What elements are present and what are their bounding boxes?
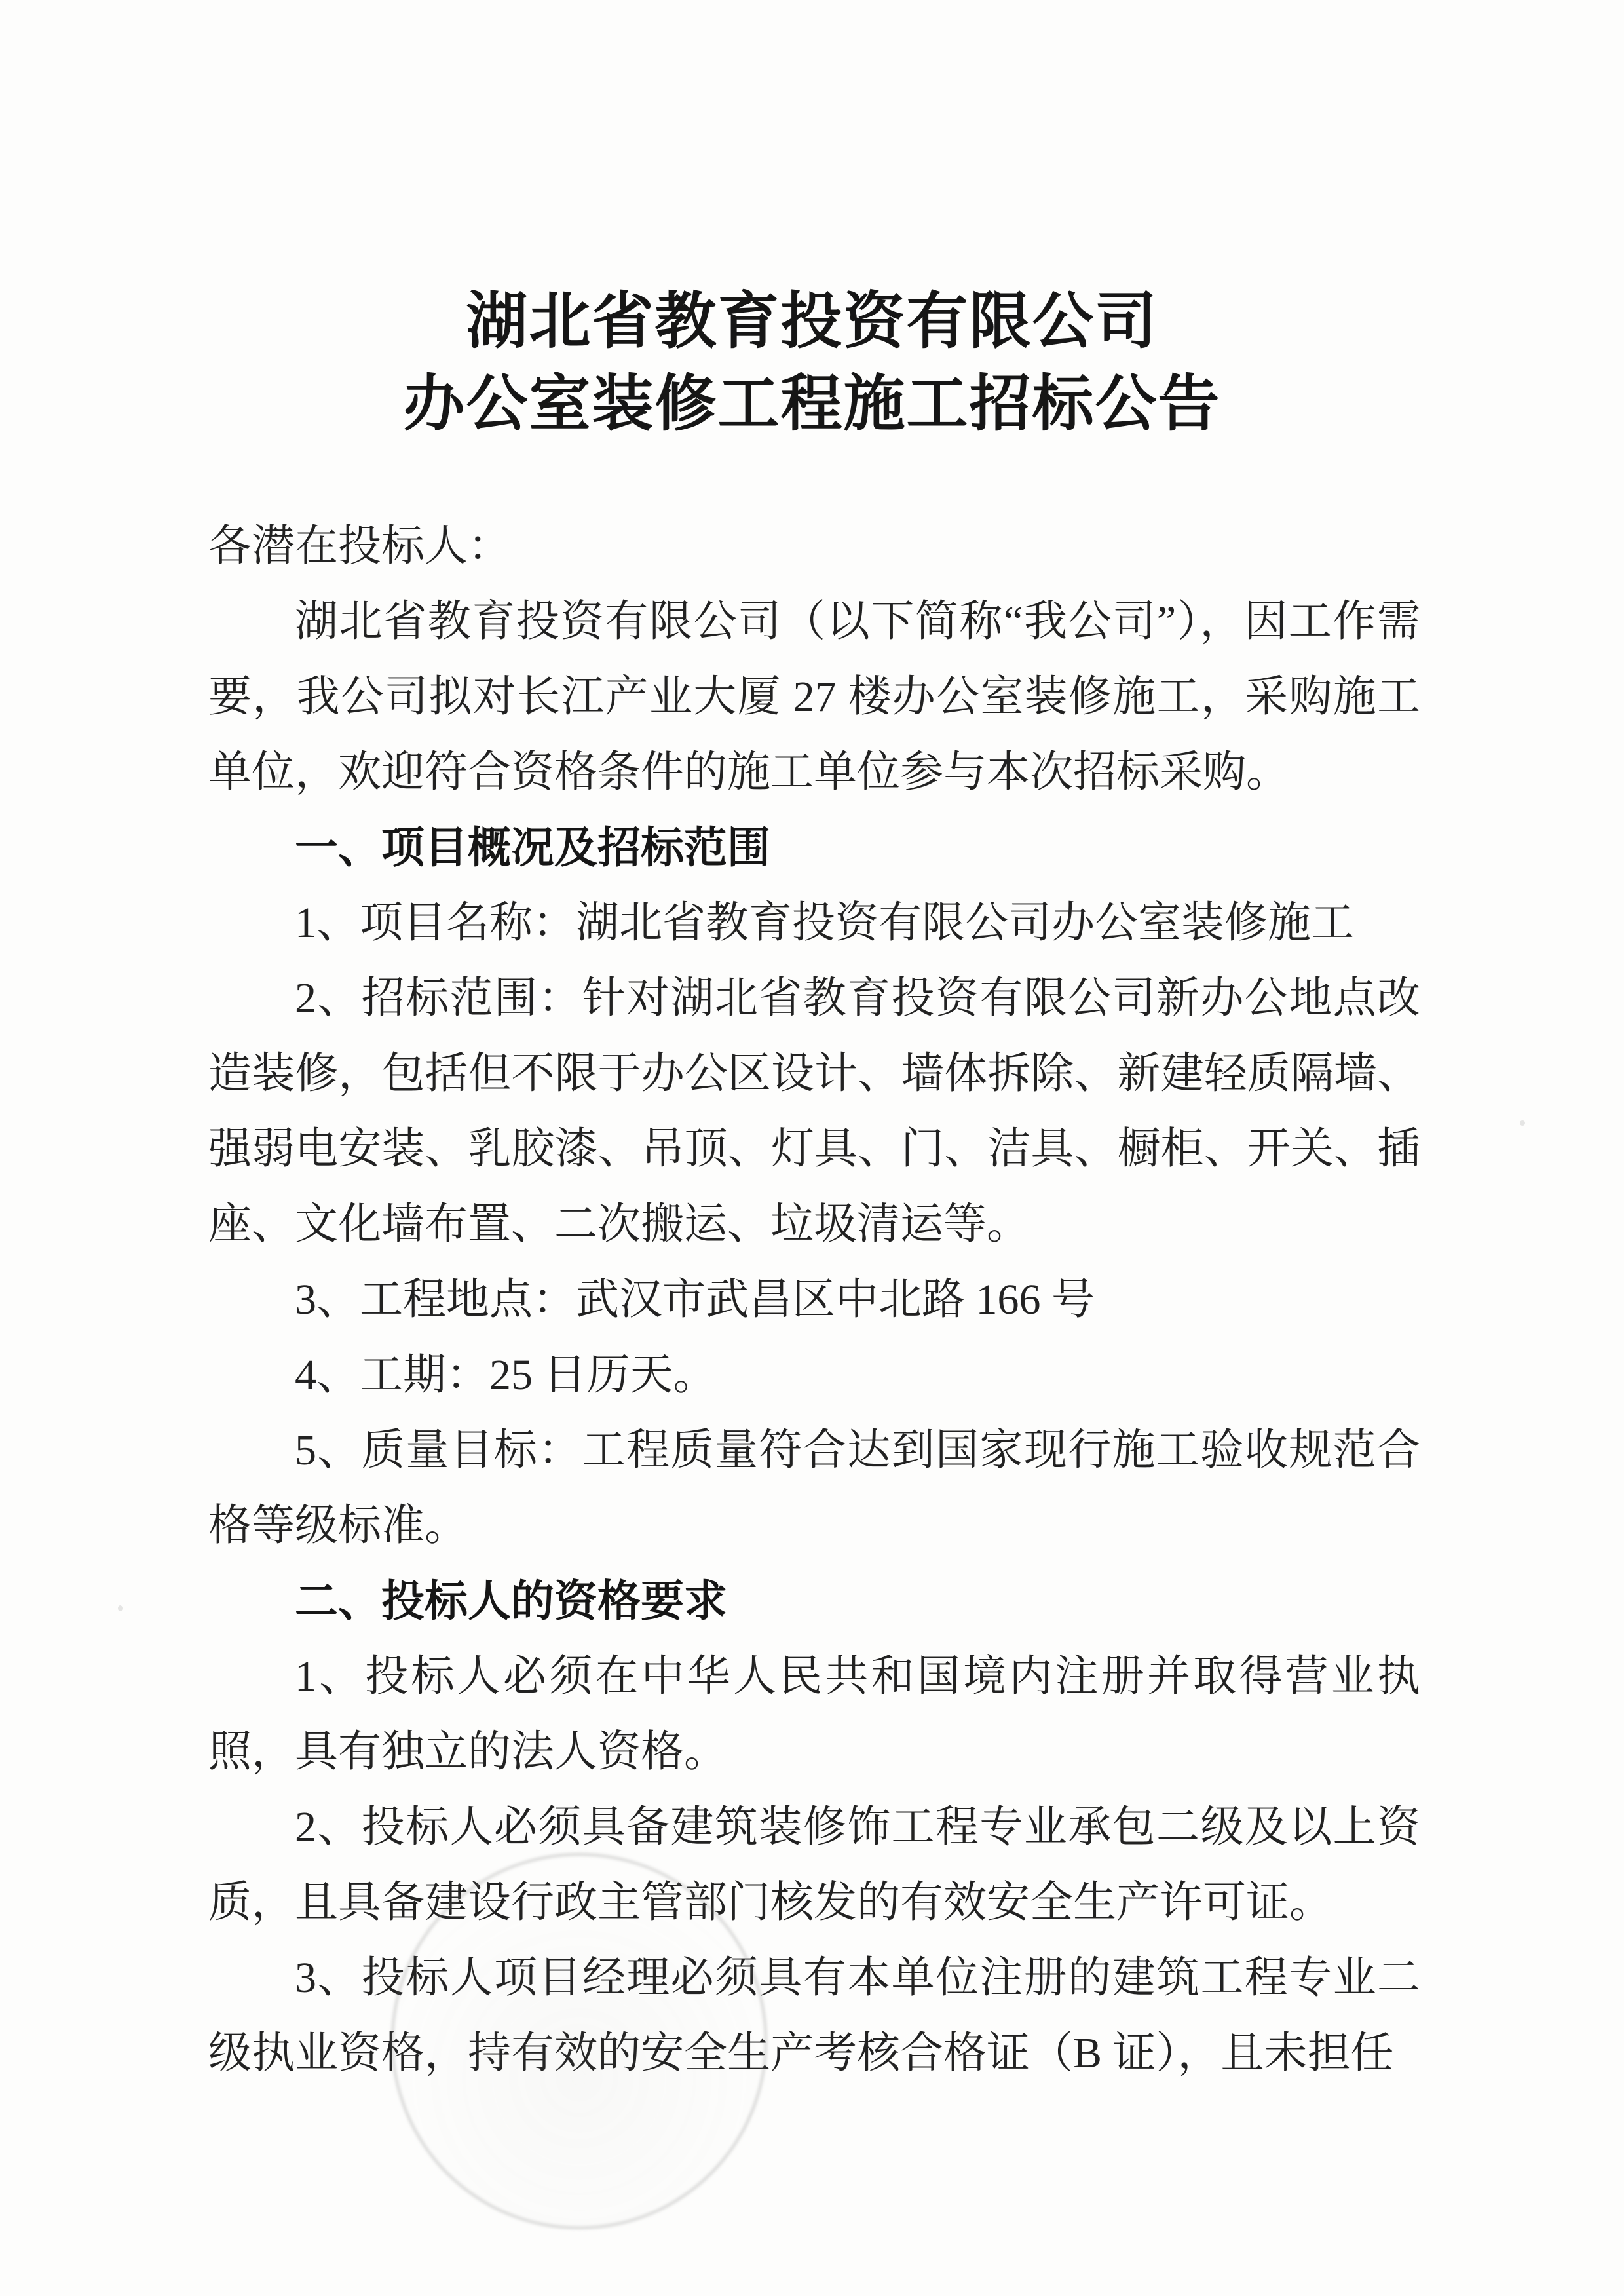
document-body: 各潜在投标人： 湖北省教育投资有限公司（以下简称“我公司”），因工作需要，我公司… <box>208 508 1420 2091</box>
scan-speck <box>1520 1120 1525 1126</box>
item-tender-scope: 2、招标范围：针对湖北省教育投资有限公司新办公地点改造装修，包括但不限于办公区设… <box>208 961 1420 1262</box>
item-bidder-requirement-2: 2、投标人必须具备建筑装修饰工程专业承包二级及以上资质，且具备建设行政主管部门核… <box>208 1789 1420 1940</box>
title-line-1: 湖北省教育投资有限公司 <box>0 280 1624 363</box>
item-quality-target: 5、质量目标：工程质量符合达到国家现行施工验收规范合格等级标准。 <box>208 1413 1420 1563</box>
document-title: 湖北省教育投资有限公司 办公室装修工程施工招标公告 <box>0 280 1624 446</box>
item-bidder-requirement-1: 1、投标人必须在中华人民共和国境内注册并取得营业执照，具有独立的法人资格。 <box>208 1639 1420 1789</box>
section-heading-2: 二、投标人的资格要求 <box>208 1563 1420 1639</box>
scan-speck <box>118 1605 123 1611</box>
item-construction-period: 4、工期：25 日历天。 <box>208 1337 1420 1413</box>
section-heading-1: 一、项目概况及招标范围 <box>208 810 1420 885</box>
item-project-name: 1、项目名称：湖北省教育投资有限公司办公室装修施工 <box>208 885 1420 961</box>
salutation: 各潜在投标人： <box>208 508 1420 584</box>
item-bidder-requirement-3: 3、投标人项目经理必须具有本单位注册的建筑工程专业二级执业资格，持有效的安全生产… <box>208 1940 1420 2091</box>
scanned-document-page: 湖北省教育投资有限公司 办公室装修工程施工招标公告 各潜在投标人： 湖北省教育投… <box>0 0 1624 2296</box>
paragraph-intro: 湖北省教育投资有限公司（以下简称“我公司”），因工作需要，我公司拟对长江产业大厦… <box>208 584 1420 810</box>
item-project-location: 3、工程地点：武汉市武昌区中北路 166 号 <box>208 1262 1420 1337</box>
title-line-2: 办公室装修工程施工招标公告 <box>0 363 1624 446</box>
